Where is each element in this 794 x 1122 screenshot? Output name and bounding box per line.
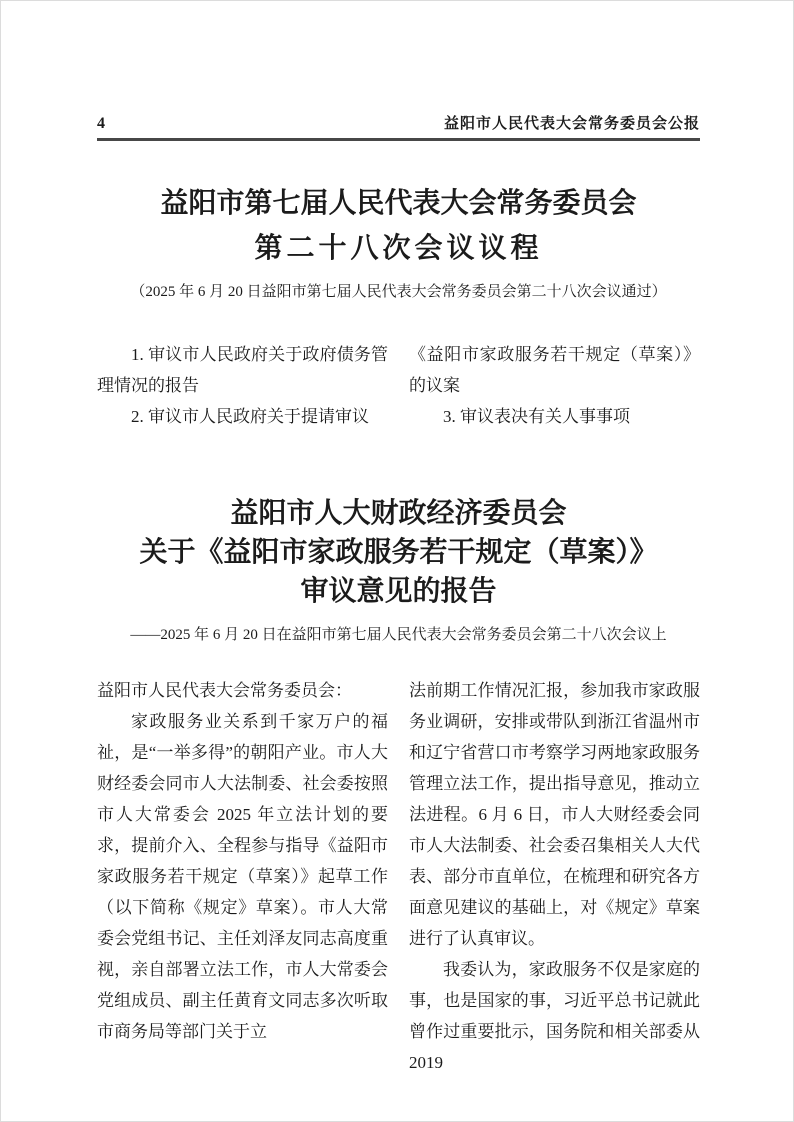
agenda-item-2-continued: 《益阳市家政服务若干规定（草案）》的议案 <box>409 339 700 401</box>
agenda-item-1: 1. 审议市人民政府关于政府债务管理情况的报告 <box>97 339 388 401</box>
report-title: 益阳市人大财政经济委员会 关于《益阳市家政服务若干规定（草案）》 审议意见的报告 <box>97 494 700 611</box>
agenda-adoption-note: （2025 年 6 月 20 日益阳市第七届人民代表大会常务委员会第二十八次会议… <box>97 282 700 303</box>
report-title-line2: 关于《益阳市家政服务若干规定（草案）》 <box>97 533 700 572</box>
report-body-columns: 益阳市人民代表大会常务委员会： 家政服务业关系到千家万户的福祉，是“一举多得”的… <box>97 675 700 1078</box>
report-paragraph-2: 我委认为，家政服务不仅是家庭的事，也是国家的事，习近平总书记就此曾作过重要批示，… <box>409 954 700 1078</box>
masthead-title: 益阳市人民代表大会常务委员会公报 <box>444 112 700 133</box>
running-head: 4 益阳市人民代表大会常务委员会公报 <box>97 112 700 141</box>
agenda-columns: 1. 审议市人民政府关于政府债务管理情况的报告 2. 审议市人民政府关于提请审议… <box>97 339 700 432</box>
report-title-line3: 审议意见的报告 <box>97 572 700 611</box>
report-left-column: 益阳市人民代表大会常务委员会： 家政服务业关系到千家万户的福祉，是“一举多得”的… <box>97 675 388 1078</box>
agenda-article: 益阳市第七届人民代表大会常务委员会 第二十八次会议议程 （2025 年 6 月 … <box>97 181 700 432</box>
agenda-left-column: 1. 审议市人民政府关于政府债务管理情况的报告 2. 审议市人民政府关于提请审议 <box>97 339 388 432</box>
report-paragraph-1-continued: 法前期工作情况汇报，参加我市家政服务业调研，安排或带队到浙江省温州市和辽宁省营口… <box>409 675 700 954</box>
report-right-column: 法前期工作情况汇报，参加我市家政服务业调研，安排或带队到浙江省温州市和辽宁省营口… <box>409 675 700 1078</box>
bulletin-page: 4 益阳市人民代表大会常务委员会公报 益阳市第七届人民代表大会常务委员会 第二十… <box>0 0 794 1122</box>
agenda-title-line2: 第二十八次会议议程 <box>97 226 700 271</box>
agenda-item-3: 3. 审议表决有关人事事项 <box>409 401 700 432</box>
report-dateline: ——2025 年 6 月 20 日在益阳市第七届人民代表大会常务委员会第二十八次… <box>97 625 700 646</box>
agenda-item-2: 2. 审议市人民政府关于提请审议 <box>97 401 388 432</box>
report-salutation: 益阳市人民代表大会常务委员会： <box>97 675 388 706</box>
agenda-title: 益阳市第七届人民代表大会常务委员会 第二十八次会议议程 <box>97 181 700 271</box>
page-number: 4 <box>97 115 105 133</box>
report-paragraph-1: 家政服务业关系到千家万户的福祉，是“一举多得”的朝阳产业。市人大财经委会同市人大… <box>97 706 388 1047</box>
agenda-title-line1: 益阳市第七届人民代表大会常务委员会 <box>97 181 700 226</box>
report-article: 益阳市人大财政经济委员会 关于《益阳市家政服务若干规定（草案）》 审议意见的报告… <box>97 494 700 1078</box>
agenda-right-column: 《益阳市家政服务若干规定（草案）》的议案 3. 审议表决有关人事事项 <box>409 339 700 432</box>
report-title-line1: 益阳市人大财政经济委员会 <box>97 494 700 533</box>
